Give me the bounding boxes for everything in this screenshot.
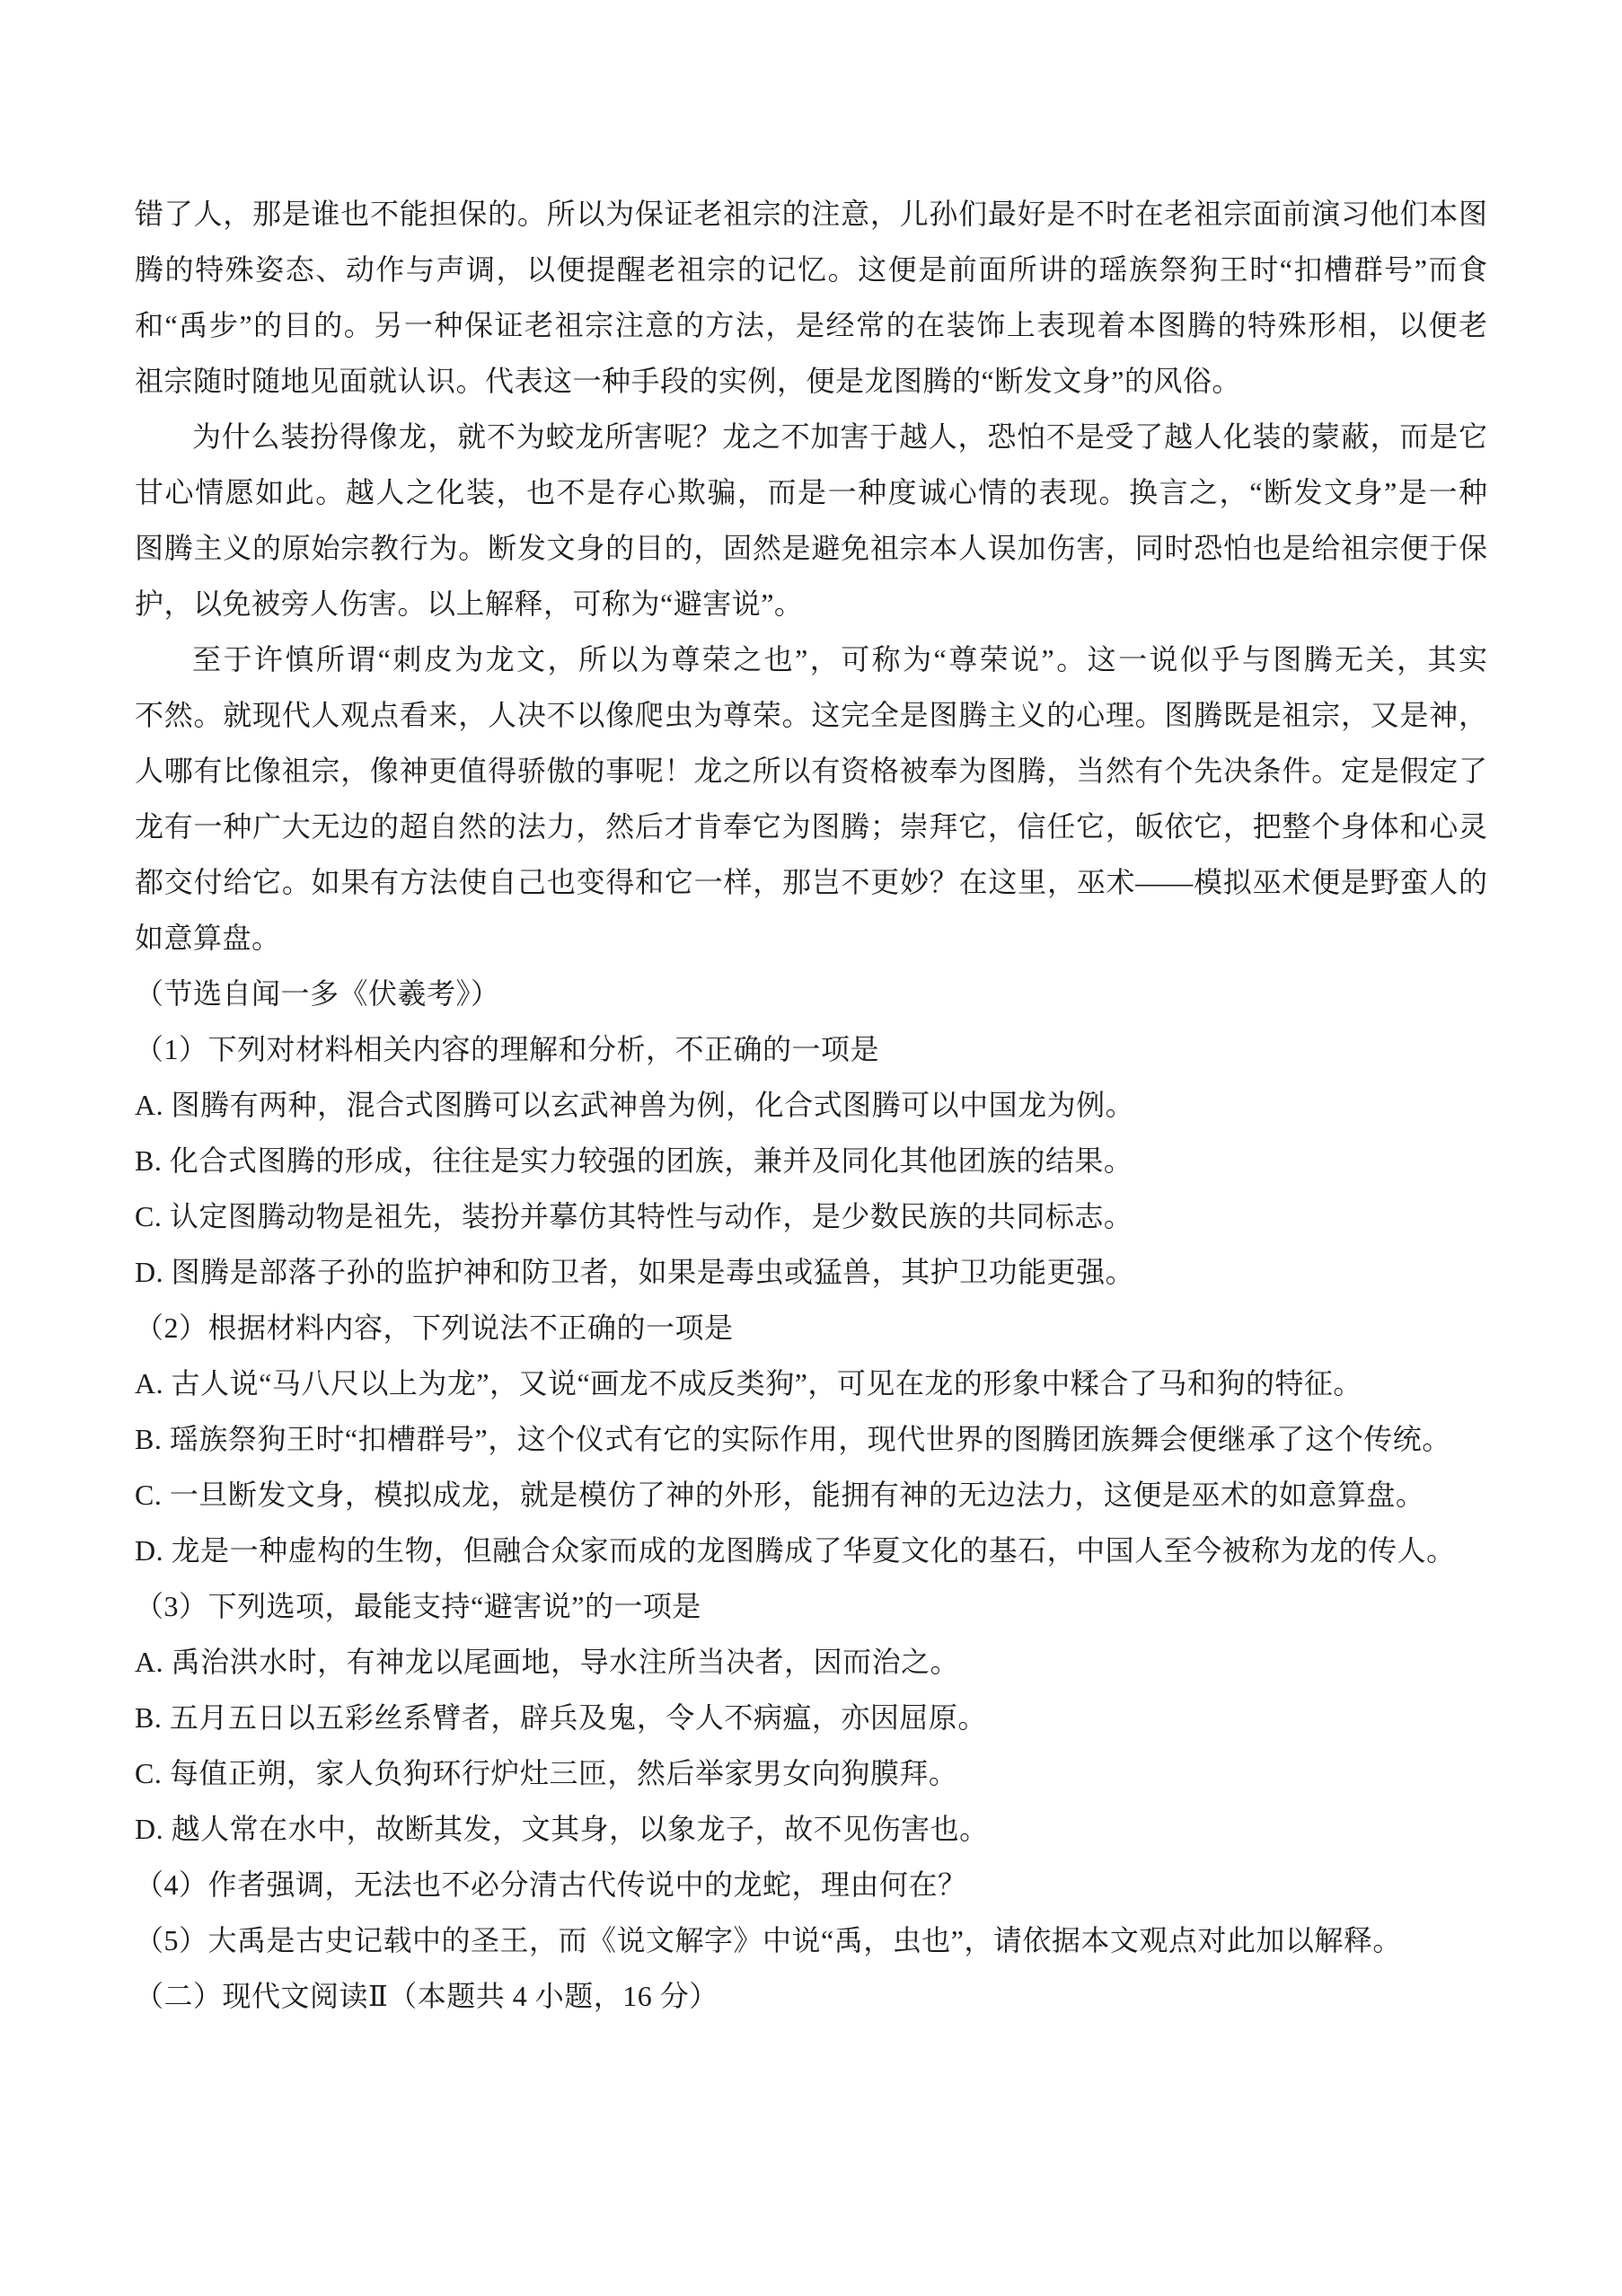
question-3-option-c: C. 每值正朔，家人负狗环行炉灶三匝，然后举家男女向狗膜拜。 bbox=[135, 1745, 1487, 1801]
paragraph-3-line-1: 至于许慎所谓“刺皮为龙文，所以为尊荣之也”，可称为“尊荣说”。这一说似乎与图腾无… bbox=[135, 631, 1487, 687]
question-2-option-b-line-1: B. 瑶族祭狗王时“扣槽群号”，这个仪式有它的实际作用，现代世界的图腾团族舞会便… bbox=[135, 1411, 1487, 1467]
paragraph-2-line-2: 甘心情愿如此。越人之化装，也不是存心欺骗，而是一种度诚心情的表现。换言之，“断发… bbox=[135, 464, 1487, 520]
paragraph-2: 为什么装扮得像龙，就不为蛟龙所害呢？龙之不加害于越人，恐怕不是受了越人化装的蒙蔽… bbox=[135, 409, 1487, 631]
question-5: （5）大禹是古史记载中的圣王，而《说文解字》中说“禹，虫也”，请依据本文观点对此… bbox=[135, 1912, 1487, 1968]
question-2: （2）根据材料内容，下列说法不正确的一项是 bbox=[135, 1300, 1487, 1356]
question-2-option-b: B. 瑶族祭狗王时“扣槽群号”，这个仪式有它的实际作用，现代世界的图腾团族舞会便… bbox=[135, 1411, 1487, 1467]
question-2-line-1: （2）根据材料内容，下列说法不正确的一项是 bbox=[135, 1300, 1487, 1356]
question-3-option-c-line-1: C. 每值正朔，家人负狗环行炉灶三匝，然后举家男女向狗膜拜。 bbox=[135, 1745, 1487, 1801]
paragraph-1-continuation-line-3: 和“禹步”的目的。另一种保证老祖宗注意的方法，是经常的在装饰上表现着本图腾的特殊… bbox=[135, 297, 1487, 353]
exam-paper-page: 错了人，那是谁也不能担保的。所以为保证老祖宗的注意，儿孙们最好是不时在老祖宗面前… bbox=[0, 0, 1622, 2296]
question-1-option-d: D. 图腾是部落子孙的监护神和防卫者，如果是毒虫或猛兽，其护卫功能更强。 bbox=[135, 1244, 1487, 1300]
paragraph-1-continuation-line-1: 错了人，那是谁也不能担保的。所以为保证老祖宗的注意，儿孙们最好是不时在老祖宗面前… bbox=[135, 186, 1487, 242]
question-1-option-a: A. 图腾有两种，混合式图腾可以玄武神兽为例，化合式图腾可以中国龙为例。 bbox=[135, 1077, 1487, 1133]
paragraph-3-line-2: 不然。就现代人观点看来，人决不以像爬虫为尊荣。这完全是图腾主义的心理。图腾既是祖… bbox=[135, 687, 1487, 743]
question-3-option-b-line-1: B. 五月五日以五彩丝系臂者，辟兵及鬼，令人不病瘟，亦因屈原。 bbox=[135, 1690, 1487, 1745]
question-4: （4）作者强调，无法也不必分清古代传说中的龙蛇，理由何在？ bbox=[135, 1857, 1487, 1912]
paragraph-3-line-3: 人哪有比像祖宗，像神更值得骄傲的事呢！龙之所以有资格被奉为图腾，当然有个先决条件… bbox=[135, 743, 1487, 799]
question-3-option-a-line-1: A. 禹治洪水时，有神龙以尾画地，导水注所当决者，因而治之。 bbox=[135, 1634, 1487, 1690]
question-1-line-1: （1）下列对材料相关内容的理解和分析，不正确的一项是 bbox=[135, 1021, 1487, 1077]
question-1-option-a-line-1: A. 图腾有两种，混合式图腾可以玄武神兽为例，化合式图腾可以中国龙为例。 bbox=[135, 1077, 1487, 1133]
paragraph-2-line-4: 护，以免被旁人伤害。以上解释，可称为“避害说”。 bbox=[135, 576, 1487, 631]
paragraph-3-line-4: 龙有一种广大无边的超自然的法力，然后才肯奉它为图腾；崇拜它，信任它，皈依它，把整… bbox=[135, 799, 1487, 854]
question-2-option-d: D. 龙是一种虚构的生物，但融合众家而成的龙图腾成了华夏文化的基石，中国人至今被… bbox=[135, 1523, 1487, 1578]
paragraph-2-line-3: 图腾主义的原始宗教行为。断发文身的目的，固然是避免祖宗本人误加伤害，同时恐怕也是… bbox=[135, 520, 1487, 576]
question-3-line-1: （3）下列选项，最能支持“避害说”的一项是 bbox=[135, 1578, 1487, 1634]
question-2-option-d-line-1: D. 龙是一种虚构的生物，但融合众家而成的龙图腾成了华夏文化的基石，中国人至今被… bbox=[135, 1523, 1487, 1578]
question-1-option-c-line-1: C. 认定图腾动物是祖先，装扮并摹仿其特性与动作，是少数民族的共同标志。 bbox=[135, 1188, 1487, 1244]
question-3-option-d: D. 越人常在水中，故断其发，文其身，以象龙子，故不见伤害也。 bbox=[135, 1801, 1487, 1857]
question-5-line-1: （5）大禹是古史记载中的圣王，而《说文解字》中说“禹，虫也”，请依据本文观点对此… bbox=[135, 1912, 1487, 1968]
section-2-heading-line-1: （二）现代文阅读Ⅱ（本题共 4 小题，16 分） bbox=[135, 1968, 1487, 2024]
question-3-option-d-line-1: D. 越人常在水中，故断其发，文其身，以象龙子，故不见伤害也。 bbox=[135, 1801, 1487, 1857]
paragraph-1-continuation-line-2: 腾的特殊姿态、动作与声调，以便提醒老祖宗的记忆。这便是前面所讲的瑶族祭狗王时“扣… bbox=[135, 242, 1487, 297]
paragraph-3-line-6: 如意算盘。 bbox=[135, 910, 1487, 966]
paragraph-1-continuation: 错了人，那是谁也不能担保的。所以为保证老祖宗的注意，儿孙们最好是不时在老祖宗面前… bbox=[135, 186, 1487, 409]
document-text-body: 错了人，那是谁也不能担保的。所以为保证老祖宗的注意，儿孙们最好是不时在老祖宗面前… bbox=[135, 186, 1487, 2024]
source-attribution: （节选自闻一多《伏羲考》） bbox=[135, 966, 1487, 1021]
paragraph-1-continuation-line-4: 祖宗随时随地见面就认识。代表这一种手段的实例，便是龙图腾的“断发文身”的风俗。 bbox=[135, 353, 1487, 409]
question-2-option-a: A. 古人说“马八尺以上为龙”，又说“画龙不成反类狗”，可见在龙的形象中糅合了马… bbox=[135, 1356, 1487, 1411]
question-1-option-b: B. 化合式图腾的形成，往往是实力较强的团族，兼并及同化其他团族的结果。 bbox=[135, 1133, 1487, 1188]
paragraph-3-line-5: 都交付给它。如果有方法使自己也变得和它一样，那岂不更妙？在这里，巫术——模拟巫术… bbox=[135, 854, 1487, 910]
question-1-option-d-line-1: D. 图腾是部落子孙的监护神和防卫者，如果是毒虫或猛兽，其护卫功能更强。 bbox=[135, 1244, 1487, 1300]
question-3-option-b: B. 五月五日以五彩丝系臂者，辟兵及鬼，令人不病瘟，亦因屈原。 bbox=[135, 1690, 1487, 1745]
question-1-option-c: C. 认定图腾动物是祖先，装扮并摹仿其特性与动作，是少数民族的共同标志。 bbox=[135, 1188, 1487, 1244]
question-2-option-c: C. 一旦断发文身，模拟成龙，就是模仿了神的外形，能拥有神的无边法力，这便是巫术… bbox=[135, 1467, 1487, 1523]
question-2-option-c-line-1: C. 一旦断发文身，模拟成龙，就是模仿了神的外形，能拥有神的无边法力，这便是巫术… bbox=[135, 1467, 1487, 1523]
question-3: （3）下列选项，最能支持“避害说”的一项是 bbox=[135, 1578, 1487, 1634]
source-attribution-line-1: （节选自闻一多《伏羲考》） bbox=[135, 966, 1487, 1021]
question-1-option-b-line-1: B. 化合式图腾的形成，往往是实力较强的团族，兼并及同化其他团族的结果。 bbox=[135, 1133, 1487, 1188]
question-4-line-1: （4）作者强调，无法也不必分清古代传说中的龙蛇，理由何在？ bbox=[135, 1857, 1487, 1912]
question-1: （1）下列对材料相关内容的理解和分析，不正确的一项是 bbox=[135, 1021, 1487, 1077]
paragraph-2-line-1: 为什么装扮得像龙，就不为蛟龙所害呢？龙之不加害于越人，恐怕不是受了越人化装的蒙蔽… bbox=[135, 409, 1487, 464]
question-3-option-a: A. 禹治洪水时，有神龙以尾画地，导水注所当决者，因而治之。 bbox=[135, 1634, 1487, 1690]
question-2-option-a-line-1: A. 古人说“马八尺以上为龙”，又说“画龙不成反类狗”，可见在龙的形象中糅合了马… bbox=[135, 1356, 1487, 1411]
paragraph-3: 至于许慎所谓“刺皮为龙文，所以为尊荣之也”，可称为“尊荣说”。这一说似乎与图腾无… bbox=[135, 631, 1487, 966]
section-2-heading: （二）现代文阅读Ⅱ（本题共 4 小题，16 分） bbox=[135, 1968, 1487, 2024]
